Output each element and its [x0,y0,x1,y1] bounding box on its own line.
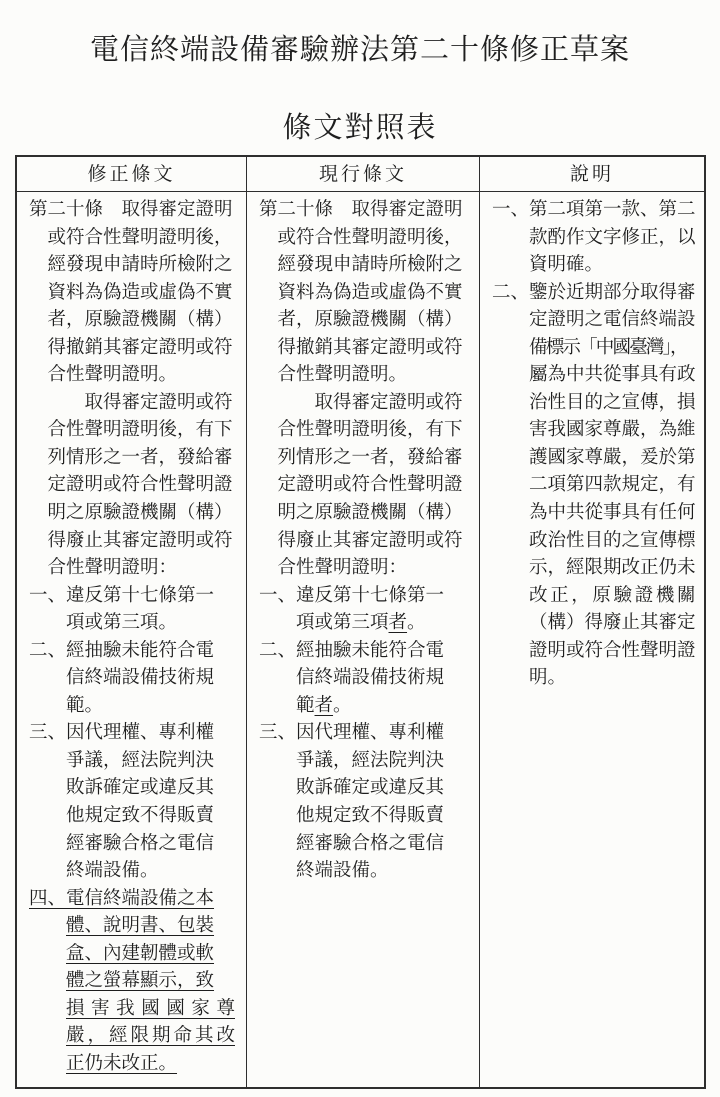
text-line: 為中共從事具有任何 [492,500,696,528]
text-segment: 二、經抽驗未能符合電 [29,641,214,661]
text-line: 爭議，經法院判決 [29,748,235,776]
text-segment: 終端設備。 [296,861,389,881]
text-line: 資料為偽造或虛偽不實 [259,280,468,308]
current-article-cell: 第二十條 取得審定證明或符合性聲明證明後，經發現申請時所檢附之資料為偽造或虛偽不… [247,192,480,1087]
text-segment: 定證明或符合性聲明證 [278,475,463,495]
text-line: 合性聲明證明： [259,555,468,583]
text-line: 列情形之一者，發給審 [29,445,235,473]
text-segment: 信終端設備技術規 [66,668,214,688]
text-line: 二、經抽驗未能符合電 [29,638,235,666]
text-segment: 得撤銷其審定證明或符 [278,338,463,358]
text-line: 取得審定證明或符 [29,390,235,418]
text-line: 範。 [29,693,235,721]
text-line: 取得審定證明或符 [259,390,468,418]
text-line: 項或第三項。 [29,610,235,638]
underlined-text: 盒、內建韌體或軟 [66,944,214,964]
text-segment: 二、經抽驗未能符合電 [259,641,444,661]
text-line: 信終端設備技術規 [259,665,468,693]
text-line: 證明或符合性聲明證 [492,638,696,666]
text-segment: 得撤銷其審定證明或符 [48,338,233,358]
text-line: 四、電信終端設備之本 [29,886,235,914]
text-segment: 經審驗合格之電信 [66,834,214,854]
text-line: 正仍未改正。 [29,1051,235,1079]
text-segment: 或符合性聲明證明後， [278,228,463,248]
text-segment: 備標示「中國臺灣」， [529,338,687,358]
text-line: 第二十條 取得審定證明 [259,197,468,225]
text-line: 得廢止其審定證明或符 [29,528,235,556]
text-line: 三、因代理權、專利權 [29,720,235,748]
text-line: 經發現申請時所檢附之 [259,252,468,280]
text-line: 嚴，經限期命其改 [29,1023,235,1051]
text-segment: 改正，原驗證機關 [529,586,696,606]
text-segment: 一、違反第十七條第一 [259,586,444,606]
text-line: 者，原驗證機關（構） [29,307,235,335]
text-line: 害我國家尊嚴，為維 [492,417,696,445]
text-segment: 一、違反第十七條第一 [29,586,214,606]
text-line: 終端設備。 [29,858,235,886]
text-line: 政治性目的之宣傳標 [492,528,696,556]
text-segment: 合性聲明證明。 [48,365,178,385]
text-segment: 政治性目的之宣傳標 [529,531,696,551]
text-segment: 列情形之一者，發給審 [278,448,463,468]
text-segment: 示，經限期改正仍未 [529,558,696,578]
text-segment: 者，原驗證機關（構） [48,310,233,330]
text-line: 款酌作文字修正，以 [492,225,696,253]
text-segment: 護國家尊嚴，爰於第 [529,448,696,468]
text-line: （構）得廢止其審定 [492,610,696,638]
text-line: 得撤銷其審定證明或符 [259,335,468,363]
text-segment: 得廢止其審定證明或符 [278,531,463,551]
text-segment: 明之原驗證機關（構） [278,503,463,523]
text-line: 或符合性聲明證明後， [259,225,468,253]
text-segment: 信終端設備技術規 [296,668,444,688]
text-line: 一、違反第十七條第一 [29,583,235,611]
text-segment: 一、第二項第一款、第二 [492,200,696,220]
text-segment: 證明或符合性聲明證 [529,641,696,661]
underlined-text: 損害我國國家尊 [66,999,235,1019]
text-segment: 爭議，經法院判決 [66,751,214,771]
text-segment: 第二十條 取得審定證明 [29,200,233,220]
text-segment: 合性聲明證明後，有下 [278,420,463,440]
text-line: 合性聲明證明後，有下 [259,417,468,445]
text-line: 得廢止其審定證明或符 [259,528,468,556]
text-line: 列情形之一者，發給審 [259,445,468,473]
text-line: 資料為偽造或虛偽不實 [29,280,235,308]
text-segment: 屬為中共從事具有政 [529,365,696,385]
text-line: 三、因代理權、專利權 [259,720,468,748]
text-segment: 項或第三項 [296,613,389,633]
text-segment: 為中共從事具有任何 [529,503,696,523]
text-segment: 列情形之一者，發給審 [48,448,233,468]
text-line: 第二十條 取得審定證明 [29,197,235,225]
text-line: 他規定致不得販賣 [29,803,235,831]
text-segment: 合性聲明證明後，有下 [48,420,233,440]
text-line: 示，經限期改正仍未 [492,555,696,583]
underlined-text: 正仍未改正。 [66,1054,177,1074]
text-line: 定證明或符合性聲明證 [29,472,235,500]
text-segment: 得廢止其審定證明或符 [48,531,233,551]
text-segment: 他規定致不得販賣 [296,806,444,826]
text-line: 盒、內建韌體或軟 [29,941,235,969]
text-line: 或符合性聲明證明後， [29,225,235,253]
text-line: 二、經抽驗未能符合電 [259,638,468,666]
text-segment: 資料為偽造或虛偽不實 [278,283,463,303]
text-segment: 者，原驗證機關（構） [278,310,463,330]
text-line: 得撤銷其審定證明或符 [29,335,235,363]
text-line: 合性聲明證明後，有下 [29,417,235,445]
text-segment: 治性目的之宣傳，損 [529,393,696,413]
underlined-text: 者 [315,696,334,716]
underlined-text: 嚴，經限期命其改 [66,1026,235,1046]
text-segment: 終端設備。 [66,861,159,881]
amended-article-cell: 第二十條 取得審定證明或符合性聲明證明後，經發現申請時所檢附之資料為偽造或虛偽不… [17,192,247,1087]
text-segment: 取得審定證明或符 [85,393,233,413]
text-segment: 明之原驗證機關（構） [48,503,233,523]
text-segment: 二、鑒於近期部分取得審 [492,283,696,303]
text-segment: 合性聲明證明： [278,558,408,578]
text-line: 經發現申請時所檢附之 [29,252,235,280]
document-title: 電信終端設備審驗辦法第二十條修正草案 [0,0,720,68]
column-header-amended-article: 修正條文 [17,157,247,192]
text-line: 合性聲明證明。 [29,362,235,390]
text-segment: 定證明之電信終端設 [529,310,696,330]
text-line: 定證明之電信終端設 [492,307,696,335]
text-segment: 定證明或符合性聲明證 [48,475,233,495]
text-segment: 他規定致不得販賣 [66,806,214,826]
text-line: 終端設備。 [259,858,468,886]
text-segment: 範 [296,696,315,716]
text-line: 損害我國國家尊 [29,996,235,1024]
text-segment: （構）得廢止其審定 [529,613,696,633]
document-subtitle: 條文對照表 [0,105,720,146]
text-line: 屬為中共從事具有政 [492,362,696,390]
underlined-text: 體、說明書、包裝 [66,916,214,936]
text-line: 一、違反第十七條第一 [259,583,468,611]
text-line: 治性目的之宣傳，損 [492,390,696,418]
text-segment: 資料為偽造或虛偽不實 [48,283,233,303]
text-line: 者，原驗證機關（構） [259,307,468,335]
text-line: 合性聲明證明： [29,555,235,583]
text-segment: 資明確。 [529,255,603,275]
text-line: 一、第二項第一款、第二 [492,197,696,225]
text-line: 體之螢幕顯示，致 [29,968,235,996]
text-segment: 爭議，經法院判決 [296,751,444,771]
article-comparison-table: 修正條文 現行條文 說明 第二十條 取得審定證明或符合性聲明證明後，經發現申請時… [15,155,706,1089]
text-line: 資明確。 [492,252,696,280]
text-line: 備標示「中國臺灣」， [492,335,696,363]
text-line: 項或第三項者。 [259,610,468,638]
text-line: 體、說明書、包裝 [29,913,235,941]
text-line: 他規定致不得販賣 [259,803,468,831]
text-line: 信終端設備技術規 [29,665,235,693]
text-segment: 敗訴確定或違反其 [66,778,214,798]
text-segment: 取得審定證明或符 [315,393,463,413]
column-header-explanation: 說明 [480,157,704,192]
text-line: 二項第四款規定，有 [492,472,696,500]
text-segment: 明。 [529,668,566,688]
document-page: 電信終端設備審驗辦法第二十條修正草案 條文對照表 修正條文 現行條文 說明 第二… [0,0,720,1097]
text-segment: 三、因代理權、專利權 [29,723,214,743]
text-line: 範者。 [259,693,468,721]
text-line: 二、鑒於近期部分取得審 [492,280,696,308]
text-segment: 第二十條 取得審定證明 [259,200,463,220]
text-line: 護國家尊嚴，爰於第 [492,445,696,473]
text-line: 定證明或符合性聲明證 [259,472,468,500]
underlined-text: 者 [389,613,408,633]
text-line: 明。 [492,665,696,693]
underlined-text: 體之螢幕顯示，致 [66,971,214,991]
text-segment: 項或第三項。 [66,613,177,633]
text-segment: 經審驗合格之電信 [296,834,444,854]
explanation-cell: 一、第二項第一款、第二款酌作文字修正，以資明確。二、鑒於近期部分取得審定證明之電… [480,192,707,1087]
text-segment: 害我國家尊嚴，為維 [529,420,696,440]
text-segment: 敗訴確定或違反其 [296,778,444,798]
underlined-text: 四、電信終端設備之本 [29,889,214,909]
text-segment: 。 [407,613,426,633]
text-segment: 經發現申請時所檢附之 [48,255,233,275]
text-segment: 二項第四款規定，有 [529,475,696,495]
text-segment: 經發現申請時所檢附之 [278,255,463,275]
text-line: 爭議，經法院判決 [259,748,468,776]
text-line: 敗訴確定或違反其 [29,775,235,803]
text-line: 經審驗合格之電信 [259,831,468,859]
table-header-row: 修正條文 現行條文 說明 [17,157,704,192]
text-segment: 款酌作文字修正，以 [529,228,696,248]
text-segment: 三、因代理權、專利權 [259,723,444,743]
text-line: 明之原驗證機關（構） [259,500,468,528]
text-segment: 。 [333,696,352,716]
text-line: 敗訴確定或違反其 [259,775,468,803]
text-segment: 合性聲明證明。 [278,365,408,385]
text-segment: 合性聲明證明： [48,558,178,578]
text-segment: 或符合性聲明證明後， [48,228,233,248]
text-line: 經審驗合格之電信 [29,831,235,859]
text-segment: 範。 [66,696,103,716]
text-line: 明之原驗證機關（構） [29,500,235,528]
text-line: 改正，原驗證機關 [492,583,696,611]
column-header-current-article: 現行條文 [247,157,480,192]
text-line: 合性聲明證明。 [259,362,468,390]
table-body-row: 第二十條 取得審定證明或符合性聲明證明後，經發現申請時所檢附之資料為偽造或虛偽不… [17,192,704,1087]
